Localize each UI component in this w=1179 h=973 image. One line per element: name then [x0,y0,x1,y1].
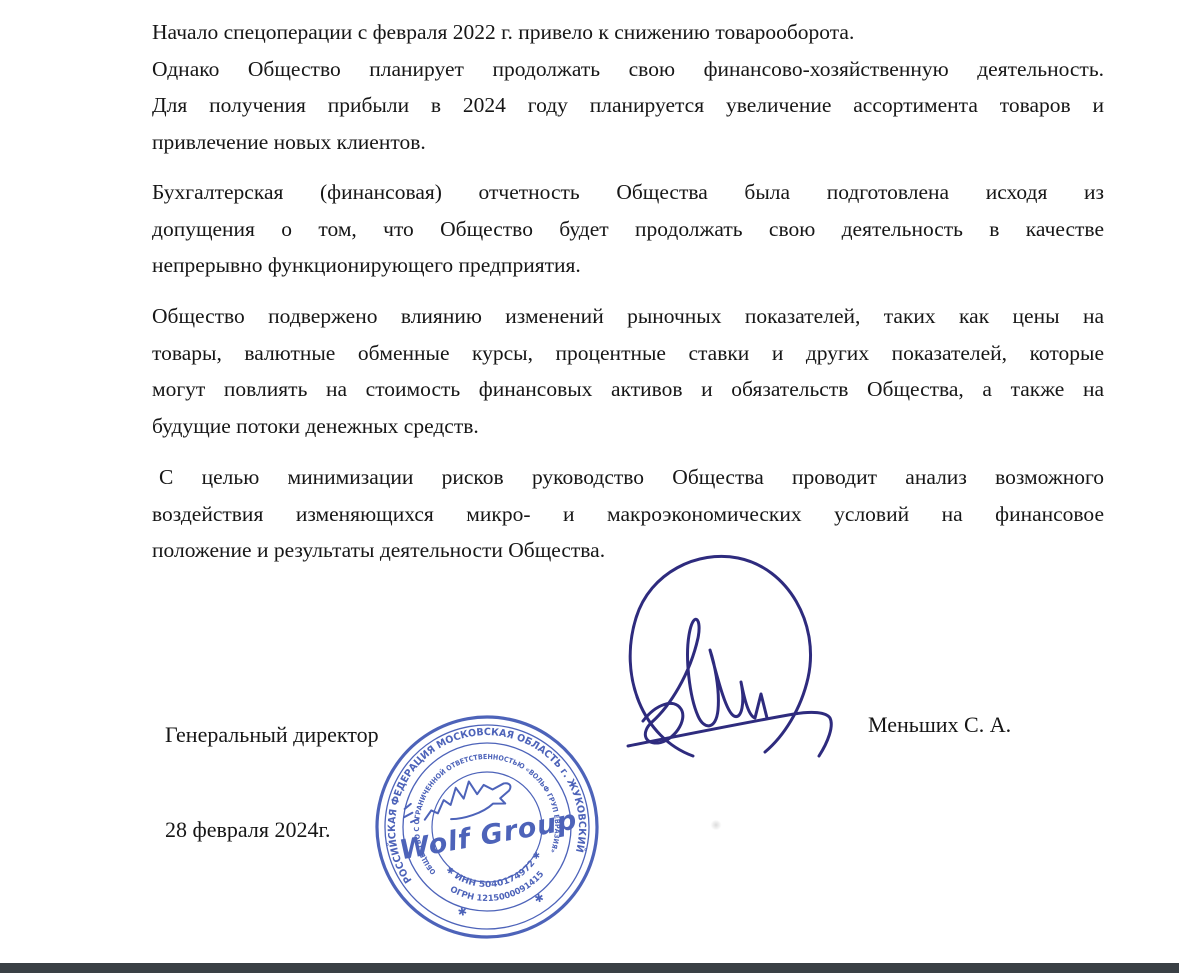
scanned-document-page: Начало спецоперации с февраля 2022 г. пр… [0,0,1179,973]
text-line: непрерывно функционирующего предприятия. [152,247,1104,284]
text-line: будущие потоки денежных средств. [152,408,1104,445]
text-line: привлечение новых клиентов. [152,124,1104,161]
stamp-star-separator: ✱ [457,905,468,919]
text-line: С целью минимизации рисков руководство О… [152,459,1104,496]
director-signature [598,546,848,776]
text-line: Для получения прибыли в 2024 году планир… [152,87,1104,124]
paragraph: Общество подвержено влиянию изменений ры… [152,298,1104,444]
company-stamp: РОССИЙСКАЯ ФЕДЕРАЦИЯ МОСКОВСКАЯ ОБЛАСТЬ … [357,697,617,957]
text-line: товары, валютные обменные курсы, процент… [152,335,1104,372]
paragraph: Бухгалтерская (финансовая) отчетность Об… [152,174,1104,284]
director-name-label: Меньших С. А. [868,712,1011,738]
text-line: воздействия изменяющихся микро- и макроэ… [152,496,1104,533]
text-line: Бухгалтерская (финансовая) отчетность Об… [152,174,1104,211]
scan-artifact [710,820,722,830]
text-line: Начало спецоперации с февраля 2022 г. пр… [152,14,1104,51]
stamp-star-separator: ✱ [534,891,545,905]
text-line: Общество подвержено влиянию изменений ры… [152,298,1104,335]
director-title-label: Генеральный директор [165,722,379,748]
text-line: допущения о том, что Общество будет прод… [152,211,1104,248]
paragraph: Начало спецоперации с февраля 2022 г. пр… [152,14,1104,160]
bottom-bar [0,963,1179,973]
text-line: Однако Общество планирует продолжать сво… [152,51,1104,88]
document-date-label: 28 февраля 2024г. [165,817,331,843]
stamp-center-text: Wolf Group [397,804,579,866]
text-line: могут повлиять на стоимость финансовых а… [152,371,1104,408]
signature-strokes [628,556,831,756]
